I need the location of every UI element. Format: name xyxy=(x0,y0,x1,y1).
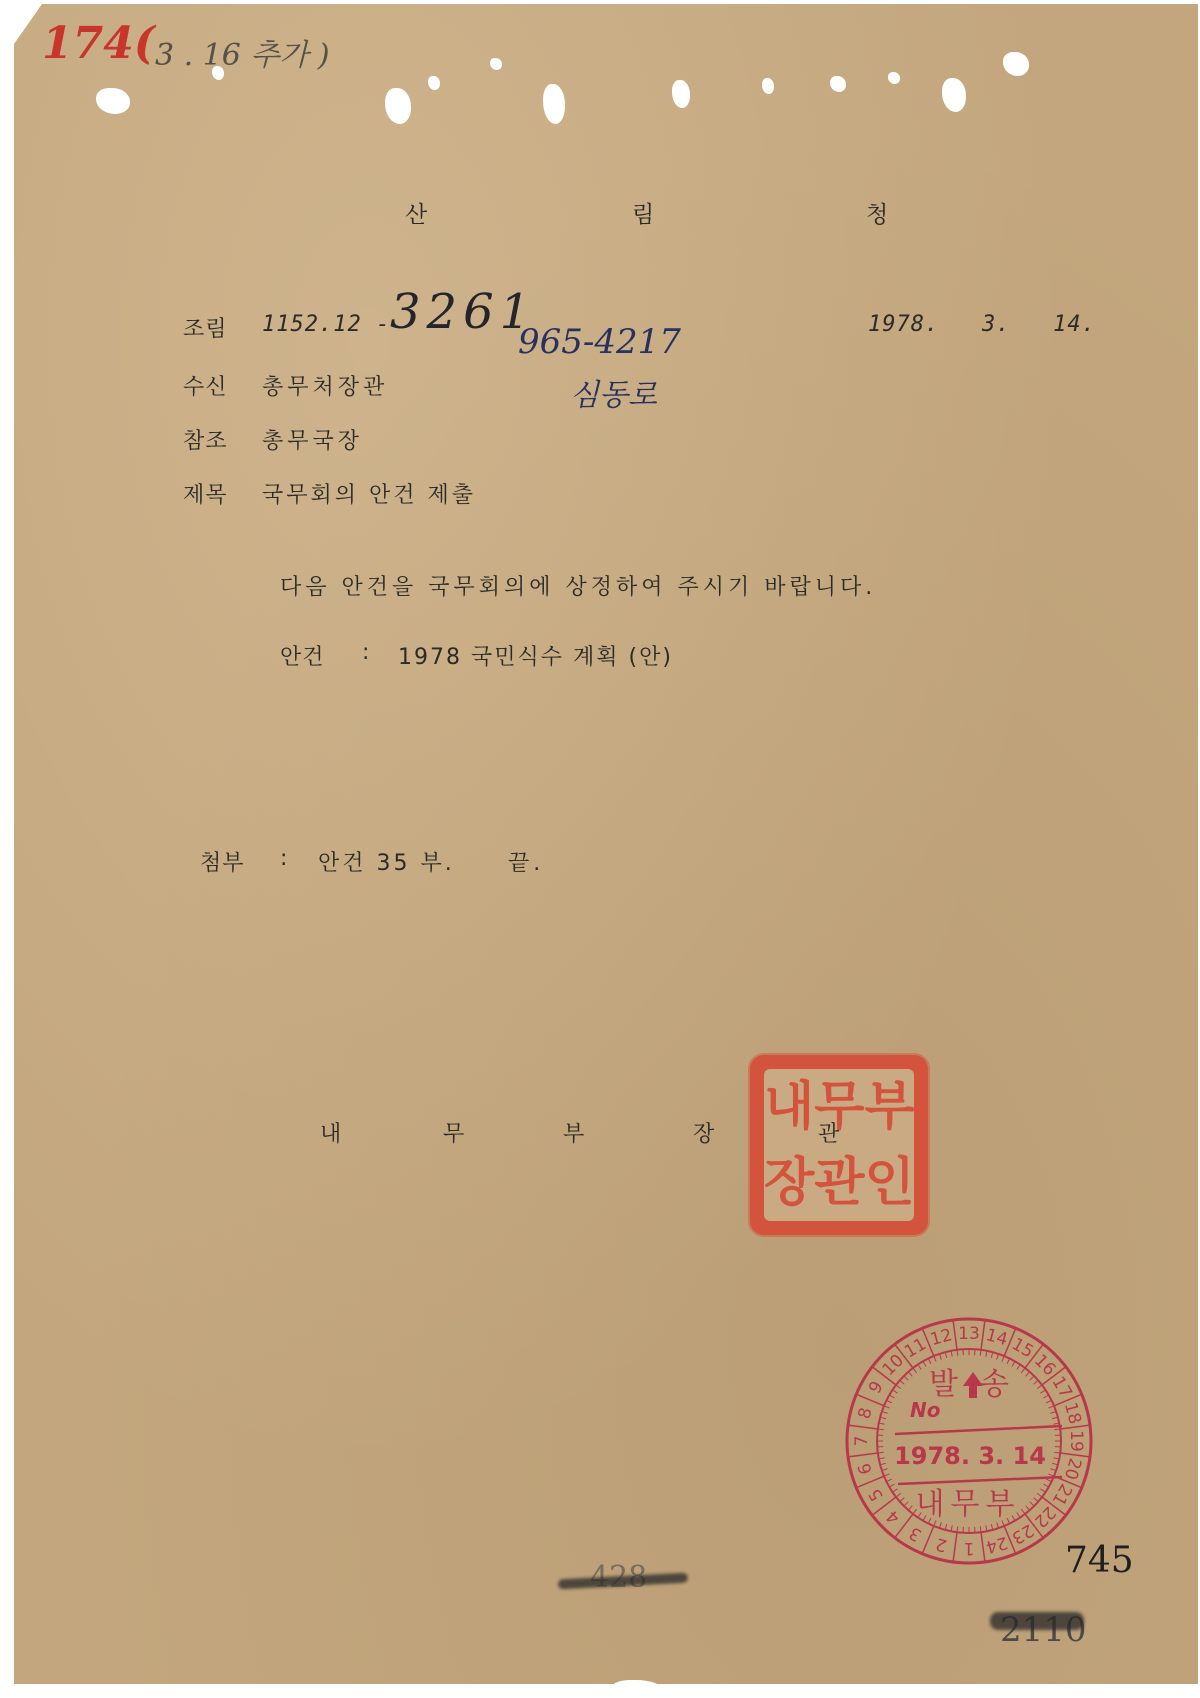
svg-text:1: 1 xyxy=(964,1538,975,1558)
svg-text:1978. 3. 14: 1978. 3. 14 xyxy=(894,1442,1046,1470)
agenda-value: 1978 국민식수 계획 (안) xyxy=(398,640,673,671)
doc-number: 1152.12 - xyxy=(262,312,390,337)
end-mark: 끝. xyxy=(508,846,544,877)
dispatch-stamp: 123456789101112131415161718192021222324N… xyxy=(840,1312,1098,1570)
svg-text:9: 9 xyxy=(865,1378,888,1397)
sender-char: 무 xyxy=(443,1117,465,1148)
svg-text:5: 5 xyxy=(865,1485,888,1504)
sender-char: 장 xyxy=(693,1117,715,1148)
paper-hole xyxy=(830,76,846,92)
reference-value: 총무국장 xyxy=(262,424,363,455)
handwritten-phone: 965-4217 xyxy=(518,322,681,362)
handwritten-name: 심동로 xyxy=(570,370,657,414)
sender-char: 부 xyxy=(563,1117,585,1148)
reference-label: 참조 xyxy=(183,424,228,455)
subject-value: 국무회의 안건 제출 xyxy=(262,478,476,509)
sender-char: 내 xyxy=(320,1117,342,1148)
seal-char: 장 xyxy=(764,1145,814,1221)
paper-hole xyxy=(612,1680,662,1698)
svg-text:내무부: 내무부 xyxy=(916,1487,1021,1522)
paper-hole xyxy=(385,88,411,124)
sender-char: 관 xyxy=(818,1117,840,1148)
svg-text:6: 6 xyxy=(855,1461,877,1477)
seal-char: 부 xyxy=(864,1069,914,1145)
red-page-annotation: 174( xyxy=(42,18,155,69)
svg-text:13: 13 xyxy=(958,1324,980,1344)
attachment-label: 첨부 xyxy=(200,846,245,877)
handwritten-doc-number: 3261 xyxy=(390,284,536,340)
svg-text:24: 24 xyxy=(984,1532,1010,1557)
svg-text:7: 7 xyxy=(852,1436,872,1447)
request-text: 다음 안건을 국무회의에 상정하여 주시기 바랍니다. xyxy=(280,570,876,601)
svg-text:8: 8 xyxy=(855,1405,877,1421)
seal-char: 인 xyxy=(864,1145,914,1221)
page-number: 745 xyxy=(1065,1540,1134,1581)
paper-hole xyxy=(490,58,502,70)
paper-hole xyxy=(942,78,966,112)
subject-label: 제목 xyxy=(183,478,228,509)
corner-fold xyxy=(14,4,42,44)
attachment-colon: : xyxy=(280,846,288,871)
paper-hole xyxy=(1003,52,1029,76)
agency-title-char: 산 xyxy=(405,196,427,229)
svg-text:2: 2 xyxy=(933,1533,949,1555)
paper-hole xyxy=(672,80,690,108)
recipient-value: 총무처장관 xyxy=(262,370,388,401)
svg-text:3: 3 xyxy=(906,1522,925,1545)
agency-title-char: 림 xyxy=(632,196,654,229)
svg-text:12: 12 xyxy=(928,1325,954,1350)
paper-hole xyxy=(888,72,900,84)
recipient-label: 수신 xyxy=(183,370,228,401)
paper-hole xyxy=(428,76,440,90)
paper-hole xyxy=(762,78,774,94)
svg-text:18: 18 xyxy=(1060,1400,1085,1426)
svg-text:14: 14 xyxy=(984,1325,1010,1350)
seal-char: 내 xyxy=(764,1069,814,1145)
svg-text:20: 20 xyxy=(1060,1456,1085,1482)
svg-text:4: 4 xyxy=(882,1506,904,1528)
agenda-colon: : xyxy=(362,640,370,665)
agenda-label: 안건 xyxy=(280,640,325,671)
document-date: 1978. 3. 14. xyxy=(868,312,1096,337)
agency-title-char: 청 xyxy=(866,196,888,229)
seal-char: 관 xyxy=(814,1145,864,1221)
attachment-value: 안건 35 부. xyxy=(318,846,455,877)
pencil-note: 3 . 16 추가 ) xyxy=(155,30,330,74)
paper-hole xyxy=(543,84,565,124)
svg-text:19: 19 xyxy=(1066,1430,1086,1452)
strike-mark xyxy=(990,1612,1084,1630)
doc-number-label: 조림 xyxy=(183,312,228,343)
